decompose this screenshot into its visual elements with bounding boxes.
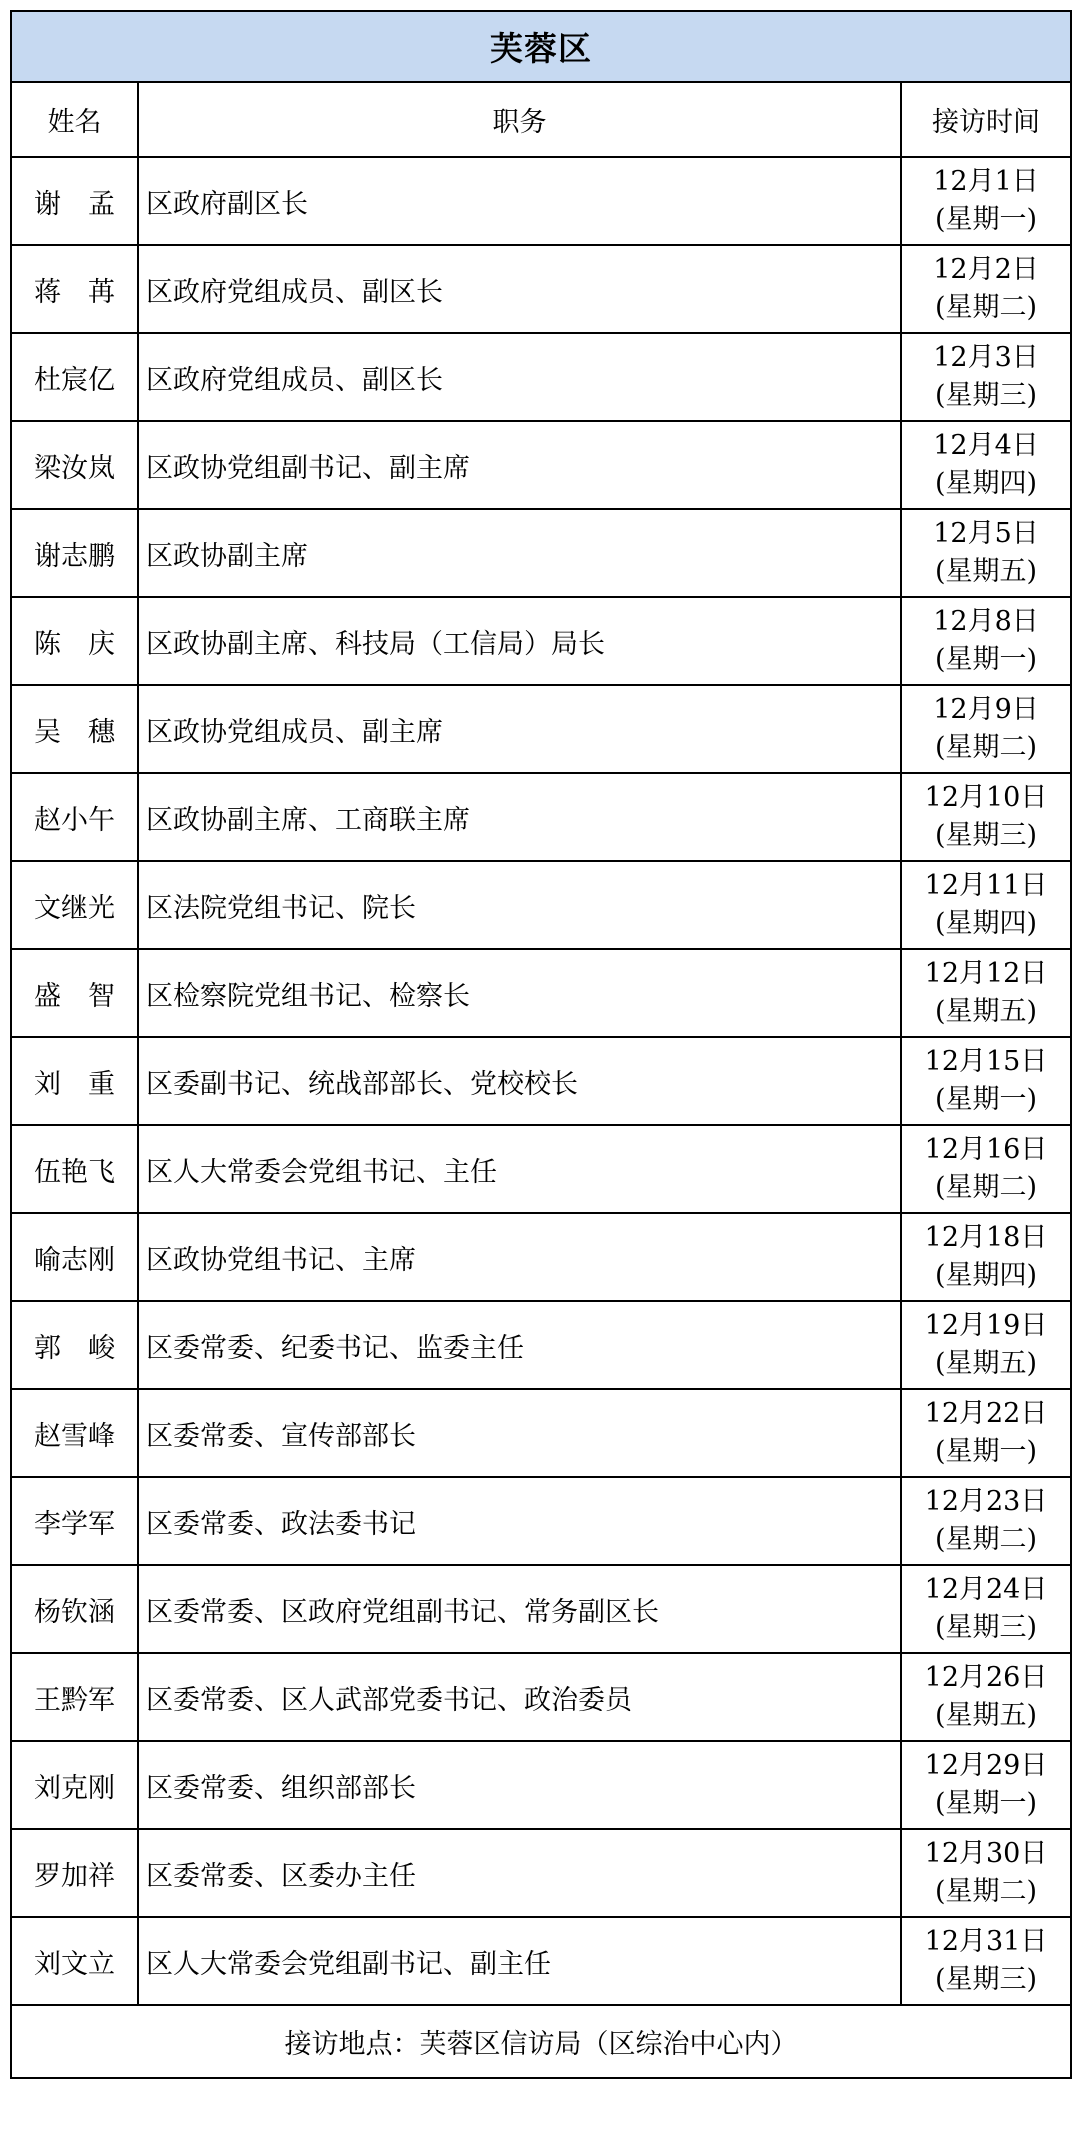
visit-date-day: 12月5日 (902, 515, 1070, 553)
visit-date: 12月23日 (星期二) (901, 1477, 1071, 1565)
visit-date: 12月24日 (星期三) (901, 1565, 1071, 1653)
visit-date-day: 12月29日 (902, 1747, 1070, 1785)
visit-date-weekday: (星期二) (902, 729, 1070, 767)
person-position: 区人大常委会党组书记、主任 (138, 1125, 901, 1213)
visit-date: 12月30日 (星期二) (901, 1829, 1071, 1917)
table-row: 刘 重 区委副书记、统战部部长、党校校长 12月15日 (星期一) (11, 1037, 1071, 1125)
visit-date: 12月3日 (星期三) (901, 333, 1071, 421)
visit-date-weekday: (星期一) (902, 641, 1070, 679)
visit-date: 12月4日 (星期四) (901, 421, 1071, 509)
person-name: 刘克刚 (11, 1741, 138, 1829)
visit-date: 12月11日 (星期四) (901, 861, 1071, 949)
visit-date-day: 12月10日 (902, 779, 1070, 817)
visit-date-weekday: (星期四) (902, 905, 1070, 943)
person-position: 区政协副主席、科技局（工信局）局长 (138, 597, 901, 685)
reception-location: 接访地点：芙蓉区信访局（区综治中心内） (11, 2005, 1071, 2078)
visit-date: 12月22日 (星期一) (901, 1389, 1071, 1477)
visit-date-day: 12月24日 (902, 1571, 1070, 1609)
person-position: 区政协党组成员、副主席 (138, 685, 901, 773)
table-row: 罗加祥 区委常委、区委办主任 12月30日 (星期二) (11, 1829, 1071, 1917)
table-row: 刘文立 区人大常委会党组副书记、副主任 12月31日 (星期三) (11, 1917, 1071, 2005)
visit-date: 12月5日 (星期五) (901, 509, 1071, 597)
visit-date: 12月26日 (星期五) (901, 1653, 1071, 1741)
visit-date-weekday: (星期二) (902, 1873, 1070, 1911)
visit-date: 12月1日 (星期一) (901, 157, 1071, 245)
visit-date-weekday: (星期一) (902, 201, 1070, 239)
visit-date: 12月12日 (星期五) (901, 949, 1071, 1037)
table-row: 杨钦涵 区委常委、区政府党组副书记、常务副区长 12月24日 (星期三) (11, 1565, 1071, 1653)
table-row: 梁汝岚 区政协党组副书记、副主席 12月4日 (星期四) (11, 421, 1071, 509)
visit-date: 12月15日 (星期一) (901, 1037, 1071, 1125)
person-position: 区委常委、区委办主任 (138, 1829, 901, 1917)
reception-schedule-table: 芙蓉区 姓名 职务 接访时间 谢 孟 区政府副区长 12月1日 (星期一) 蒋 … (10, 10, 1072, 2079)
visit-date-day: 12月15日 (902, 1043, 1070, 1081)
visit-date-day: 12月3日 (902, 339, 1070, 377)
person-position: 区法院党组书记、院长 (138, 861, 901, 949)
person-name: 喻志刚 (11, 1213, 138, 1301)
visit-date-weekday: (星期二) (902, 289, 1070, 327)
table-row: 陈 庆 区政协副主席、科技局（工信局）局长 12月8日 (星期一) (11, 597, 1071, 685)
person-position: 区政府副区长 (138, 157, 901, 245)
person-position: 区委副书记、统战部部长、党校校长 (138, 1037, 901, 1125)
visit-date-day: 12月19日 (902, 1307, 1070, 1345)
table-row: 谢志鹏 区政协副主席 12月5日 (星期五) (11, 509, 1071, 597)
document-page: 芙蓉区 姓名 职务 接访时间 谢 孟 区政府副区长 12月1日 (星期一) 蒋 … (0, 0, 1080, 2149)
visit-date: 12月8日 (星期一) (901, 597, 1071, 685)
visit-date-weekday: (星期二) (902, 1521, 1070, 1559)
table-footer-row: 接访地点：芙蓉区信访局（区综治中心内） (11, 2005, 1071, 2078)
table-row: 蒋 苒 区政府党组成员、副区长 12月2日 (星期二) (11, 245, 1071, 333)
person-position: 区委常委、纪委书记、监委主任 (138, 1301, 901, 1389)
table-row: 文继光 区法院党组书记、院长 12月11日 (星期四) (11, 861, 1071, 949)
table-header-row: 姓名 职务 接访时间 (11, 82, 1071, 157)
person-name: 文继光 (11, 861, 138, 949)
person-name: 杨钦涵 (11, 1565, 138, 1653)
visit-date-day: 12月31日 (902, 1923, 1070, 1961)
table-row: 喻志刚 区政协党组书记、主席 12月18日 (星期四) (11, 1213, 1071, 1301)
visit-date-day: 12月8日 (902, 603, 1070, 641)
visit-date-weekday: (星期四) (902, 1257, 1070, 1295)
visit-date-day: 12月4日 (902, 427, 1070, 465)
visit-date-day: 12月11日 (902, 867, 1070, 905)
person-name: 陈 庆 (11, 597, 138, 685)
table-row: 郭 峻 区委常委、纪委书记、监委主任 12月19日 (星期五) (11, 1301, 1071, 1389)
person-name: 杜宸亿 (11, 333, 138, 421)
visit-date: 12月19日 (星期五) (901, 1301, 1071, 1389)
visit-date-weekday: (星期四) (902, 465, 1070, 503)
visit-date-day: 12月18日 (902, 1219, 1070, 1257)
table-row: 盛 智 区检察院党组书记、检察长 12月12日 (星期五) (11, 949, 1071, 1037)
visit-date: 12月16日 (星期二) (901, 1125, 1071, 1213)
person-position: 区人大常委会党组副书记、副主任 (138, 1917, 901, 2005)
visit-date-day: 12月16日 (902, 1131, 1070, 1169)
visit-date-day: 12月23日 (902, 1483, 1070, 1521)
visit-date-weekday: (星期五) (902, 993, 1070, 1031)
column-header-name: 姓名 (11, 82, 138, 157)
person-position: 区政协副主席 (138, 509, 901, 597)
visit-date-weekday: (星期三) (902, 817, 1070, 855)
column-header-position: 职务 (138, 82, 901, 157)
person-position: 区委常委、宣传部部长 (138, 1389, 901, 1477)
person-name: 赵小午 (11, 773, 138, 861)
table-row: 王黔军 区委常委、区人武部党委书记、政治委员 12月26日 (星期五) (11, 1653, 1071, 1741)
visit-date-weekday: (星期五) (902, 1697, 1070, 1735)
person-position: 区政协副主席、工商联主席 (138, 773, 901, 861)
person-position: 区政协党组书记、主席 (138, 1213, 901, 1301)
table-title-row: 芙蓉区 (11, 11, 1071, 82)
visit-date-weekday: (星期一) (902, 1433, 1070, 1471)
person-name: 谢志鹏 (11, 509, 138, 597)
person-name: 吴 穗 (11, 685, 138, 773)
person-position: 区政府党组成员、副区长 (138, 333, 901, 421)
person-name: 罗加祥 (11, 1829, 138, 1917)
person-position: 区政协党组副书记、副主席 (138, 421, 901, 509)
district-title: 芙蓉区 (11, 11, 1071, 82)
visit-date-weekday: (星期一) (902, 1081, 1070, 1119)
person-position: 区委常委、区人武部党委书记、政治委员 (138, 1653, 901, 1741)
visit-date-weekday: (星期三) (902, 377, 1070, 415)
person-position: 区委常委、区政府党组副书记、常务副区长 (138, 1565, 901, 1653)
table-row: 吴 穗 区政协党组成员、副主席 12月9日 (星期二) (11, 685, 1071, 773)
visit-date: 12月2日 (星期二) (901, 245, 1071, 333)
person-position: 区检察院党组书记、检察长 (138, 949, 901, 1037)
visit-date-weekday: (星期三) (902, 1609, 1070, 1647)
visit-date-day: 12月22日 (902, 1395, 1070, 1433)
visit-date-weekday: (星期五) (902, 1345, 1070, 1383)
person-name: 梁汝岚 (11, 421, 138, 509)
person-position: 区政府党组成员、副区长 (138, 245, 901, 333)
visit-date-weekday: (星期一) (902, 1785, 1070, 1823)
person-position: 区委常委、组织部部长 (138, 1741, 901, 1829)
visit-date-day: 12月1日 (902, 163, 1070, 201)
table-row: 李学军 区委常委、政法委书记 12月23日 (星期二) (11, 1477, 1071, 1565)
person-name: 蒋 苒 (11, 245, 138, 333)
column-header-time: 接访时间 (901, 82, 1071, 157)
person-name: 伍艳飞 (11, 1125, 138, 1213)
person-name: 赵雪峰 (11, 1389, 138, 1477)
visit-date-day: 12月12日 (902, 955, 1070, 993)
person-position: 区委常委、政法委书记 (138, 1477, 901, 1565)
table-row: 赵小午 区政协副主席、工商联主席 12月10日 (星期三) (11, 773, 1071, 861)
visit-date: 12月9日 (星期二) (901, 685, 1071, 773)
visit-date: 12月29日 (星期一) (901, 1741, 1071, 1829)
person-name: 刘 重 (11, 1037, 138, 1125)
visit-date-day: 12月30日 (902, 1835, 1070, 1873)
visit-date-weekday: (星期二) (902, 1169, 1070, 1207)
visit-date: 12月18日 (星期四) (901, 1213, 1071, 1301)
visit-date-weekday: (星期五) (902, 553, 1070, 591)
visit-date-day: 12月26日 (902, 1659, 1070, 1697)
visit-date-day: 12月9日 (902, 691, 1070, 729)
person-name: 王黔军 (11, 1653, 138, 1741)
table-row: 谢 孟 区政府副区长 12月1日 (星期一) (11, 157, 1071, 245)
person-name: 盛 智 (11, 949, 138, 1037)
person-name: 谢 孟 (11, 157, 138, 245)
table-row: 杜宸亿 区政府党组成员、副区长 12月3日 (星期三) (11, 333, 1071, 421)
table-row: 刘克刚 区委常委、组织部部长 12月29日 (星期一) (11, 1741, 1071, 1829)
visit-date: 12月10日 (星期三) (901, 773, 1071, 861)
person-name: 刘文立 (11, 1917, 138, 2005)
person-name: 李学军 (11, 1477, 138, 1565)
visit-date-day: 12月2日 (902, 251, 1070, 289)
visit-date-weekday: (星期三) (902, 1961, 1070, 1999)
table-row: 伍艳飞 区人大常委会党组书记、主任 12月16日 (星期二) (11, 1125, 1071, 1213)
person-name: 郭 峻 (11, 1301, 138, 1389)
visit-date: 12月31日 (星期三) (901, 1917, 1071, 2005)
table-row: 赵雪峰 区委常委、宣传部部长 12月22日 (星期一) (11, 1389, 1071, 1477)
